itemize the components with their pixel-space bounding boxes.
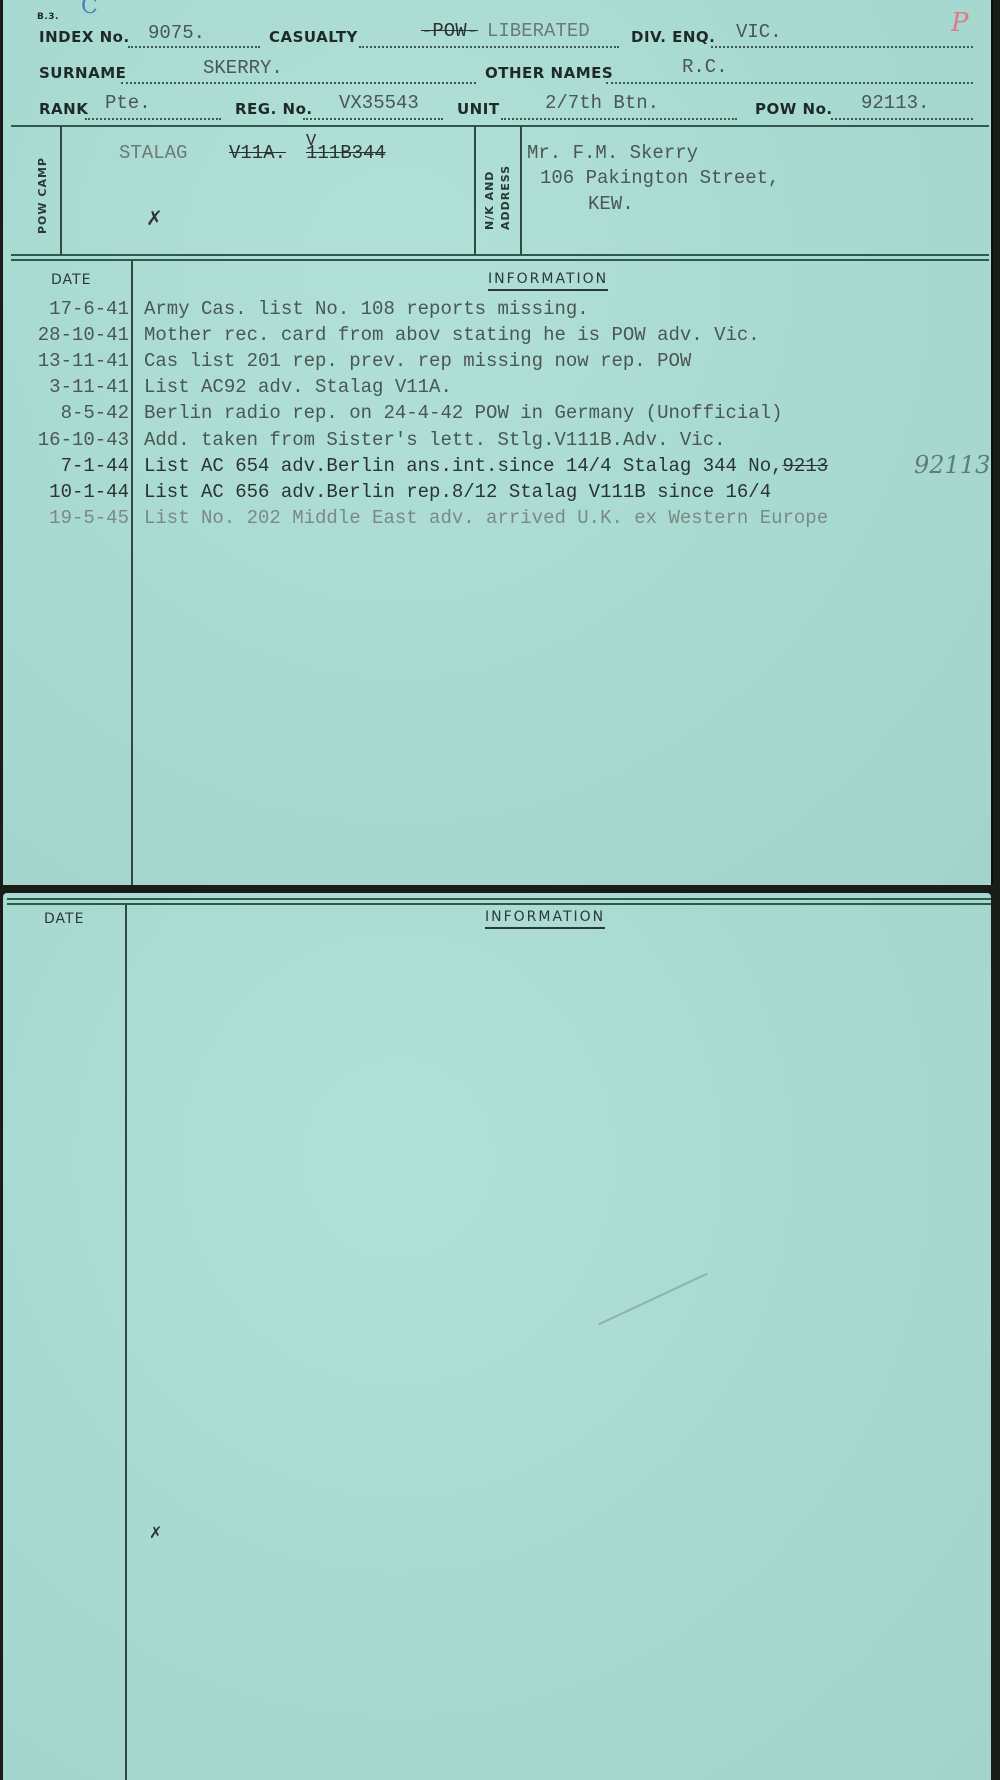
row-date: 3-11-41: [49, 376, 129, 398]
casualty-dots: [359, 46, 619, 48]
div-enq-dots: [711, 46, 973, 48]
back-information-header: INFORMATION: [485, 909, 605, 929]
pow-camp-struck-2: 111B344: [306, 142, 386, 164]
row-information: Cas list 201 rep. prev. rep missing now …: [144, 350, 691, 372]
casualty-struck-value: -POW-: [421, 20, 478, 42]
pow-camp-label: POW CAMP: [36, 157, 49, 234]
casualty-value: LIBERATED: [487, 20, 590, 42]
casualty-label: CASUALTY: [269, 28, 358, 46]
other-names-value: R.C.: [682, 56, 728, 78]
address-line-2: 106 Pakington Street,: [540, 167, 779, 189]
row-date: 7-1-44: [61, 455, 129, 477]
surname-value: SKERRY.: [203, 57, 283, 79]
pow-no-label: POW No.: [755, 100, 833, 118]
back-date-header: DATE: [44, 911, 84, 927]
pencil-stroke: [598, 1273, 708, 1326]
unit-dots: [501, 118, 737, 120]
row-date: 10-1-44: [49, 481, 129, 503]
index-no-label: INDEX No.: [39, 28, 130, 46]
table-row: 8-5-42Berlin radio rep. on 24-4-42 POW i…: [3, 402, 991, 426]
table-row: 7-1-44 List AC 654 adv.Berlin ans.int.si…: [3, 455, 991, 479]
row-date: 8-5-42: [61, 402, 129, 424]
unit-value: 2/7th Btn.: [545, 92, 659, 114]
other-names-dots: [606, 82, 973, 84]
pow-camp-prefix: STALAG: [119, 142, 187, 164]
table-row: 16-10-43Add. taken from Sister's lett. S…: [3, 429, 991, 453]
record-card-back: DATE INFORMATION ✗: [3, 893, 991, 1780]
row-information: Berlin radio rep. on 24-4-42 POW in Germ…: [144, 402, 783, 424]
annotation-p: P: [951, 8, 969, 38]
rank-value: Pte.: [105, 92, 151, 114]
reg-no-value: VX35543: [339, 92, 419, 114]
row-information: Army Cas. list No. 108 reports missing.: [144, 298, 589, 320]
camp-label-divider: [60, 126, 62, 254]
row-date: 13-11-41: [38, 350, 129, 372]
record-card-front: B.3. C P INDEX No. 9075. CASUALTY -POW- …: [3, 0, 993, 885]
row-date: 17-6-41: [49, 298, 129, 320]
table-row: 28-10-41Mother rec. card from abov stati…: [3, 324, 991, 348]
row-information: Add. taken from Sister's lett. Stlg.V111…: [144, 429, 726, 451]
table-row: 3-11-41List AC92 adv. Stalag V11A.: [3, 376, 991, 400]
div-enq-value: VIC.: [736, 21, 782, 43]
form-code: B.3.: [37, 12, 59, 22]
date-header: DATE: [51, 272, 91, 288]
handwritten-pow-no: 92113: [914, 451, 990, 479]
reg-no-dots: [303, 118, 443, 120]
row-information: List AC92 adv. Stalag V11A.: [144, 376, 452, 398]
divider-mid-1: [11, 254, 989, 256]
ink-mark: ✗: [149, 1523, 162, 1543]
row-information: List AC 656 adv.Berlin rep.8/12 Stalag V…: [144, 481, 771, 503]
table-row: 19-5-45 List No. 202 Middle East adv. ar…: [3, 507, 991, 531]
camp-address-divider: [474, 126, 476, 254]
nk-label-line1: N/K AND: [483, 171, 496, 230]
unit-label: UNIT: [457, 100, 500, 118]
table-row: 13-11-41Cas list 201 rep. prev. rep miss…: [3, 350, 991, 374]
address-label-divider: [520, 126, 522, 254]
pow-camp-struck-1: V11A.: [229, 142, 286, 164]
back-date-column-divider: [125, 905, 127, 1780]
pow-no-value: 92113.: [861, 92, 929, 114]
back-divider-2: [7, 903, 991, 905]
corner-mark: C: [81, 0, 98, 19]
rank-label: RANK: [39, 100, 88, 118]
tick-mark: ✗: [146, 206, 163, 231]
row-date: 19-5-45: [49, 507, 129, 529]
row-information: Mother rec. card from abov stating he is…: [144, 324, 760, 346]
divider-top: [11, 125, 989, 127]
div-enq-label: DIV. ENQ.: [631, 28, 715, 46]
back-divider-1: [7, 898, 991, 900]
surname-dots: [121, 82, 476, 84]
address-line-3: KEW.: [588, 193, 634, 215]
pow-no-dots: [831, 118, 973, 120]
index-no-dots: [128, 46, 260, 48]
information-header: INFORMATION: [488, 271, 608, 291]
row-information: List No. 202 Middle East adv. arrived U.…: [144, 507, 828, 529]
other-names-label: OTHER NAMES: [485, 64, 613, 82]
reg-no-label: REG. No.: [235, 100, 313, 118]
rank-dots: [85, 118, 221, 120]
table-row: 17-6-41Army Cas. list No. 108 reports mi…: [3, 298, 991, 322]
index-no-value: 9075.: [148, 22, 205, 44]
table-row: 10-1-44List AC 656 adv.Berlin rep.8/12 S…: [3, 481, 991, 505]
struck-pow-no: 9213: [783, 455, 829, 477]
divider-mid-2: [11, 259, 989, 261]
nk-label-line2: ADDRESS: [499, 165, 512, 230]
address-line-1: Mr. F.M. Skerry: [527, 142, 698, 164]
surname-label: SURNAME: [39, 64, 126, 82]
row-date: 16-10-43: [38, 429, 129, 451]
row-date: 28-10-41: [38, 324, 129, 346]
row-information: List AC 654 adv.Berlin ans.int.since 14/…: [144, 455, 828, 477]
